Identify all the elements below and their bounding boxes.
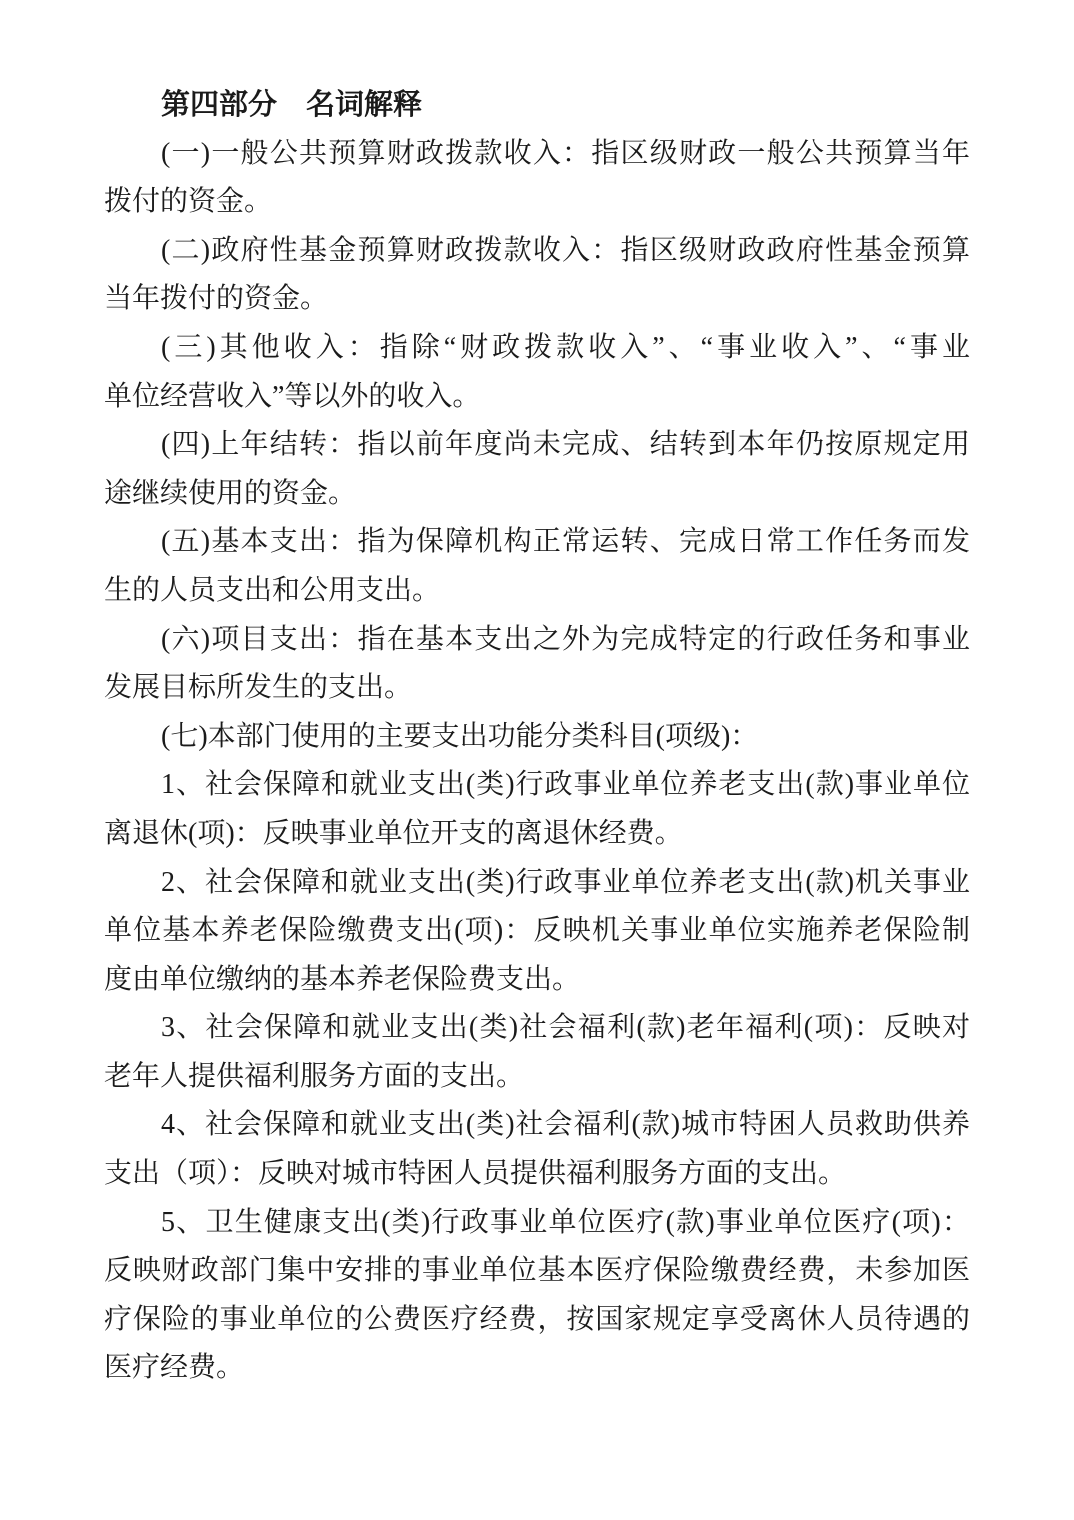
text-line: 支出（项）：反映对城市特困人员提供福利服务方面的支出。 bbox=[104, 1150, 970, 1199]
text-line: (七)本部门使用的主要支出功能分类科目(项级)： bbox=[104, 713, 970, 762]
text-line: (三)其他收入：指除“财政拨款收入”、“事业收入”、“事业 bbox=[104, 324, 970, 373]
text-line: 3、社会保障和就业支出(类)社会福利(款)老年福利(项)：反映对 bbox=[104, 1004, 970, 1053]
section-title: 第四部分 名词解释 bbox=[104, 81, 970, 130]
text-line: (五)基本支出：指为保障机构正常运转、完成日常工作任务而发 bbox=[104, 518, 970, 567]
text-line: 单位经营收入”等以外的收入。 bbox=[104, 373, 970, 422]
text-line: 生的人员支出和公用支出。 bbox=[104, 567, 970, 616]
text-line: 老年人提供福利服务方面的支出。 bbox=[104, 1053, 970, 1102]
text-line: 医疗经费。 bbox=[104, 1344, 970, 1393]
text-line: 疗保险的事业单位的公费医疗经费，按国家规定享受离休人员待遇的 bbox=[104, 1296, 970, 1345]
text-line: 途继续使用的资金。 bbox=[104, 470, 970, 519]
text-line: 当年拨付的资金。 bbox=[104, 275, 970, 324]
text-line: (二)政府性基金预算财政拨款收入：指区级财政政府性基金预算 bbox=[104, 227, 970, 276]
text-line: 拨付的资金。 bbox=[104, 178, 970, 227]
text-line: 离退休(项)：反映事业单位开支的离退休经费。 bbox=[104, 810, 970, 859]
text-line: 5、卫生健康支出(类)行政事业单位医疗(款)事业单位医疗(项)： bbox=[104, 1199, 970, 1248]
text-line: 4、社会保障和就业支出(类)社会福利(款)城市特困人员救助供养 bbox=[104, 1101, 970, 1150]
body-lines: (一)一般公共预算财政拨款收入：指区级财政一般公共预算当年拨付的资金。(二)政府… bbox=[104, 130, 970, 1393]
text-line: 度由单位缴纳的基本养老保险费支出。 bbox=[104, 956, 970, 1005]
text-line: (一)一般公共预算财政拨款收入：指区级财政一般公共预算当年 bbox=[104, 130, 970, 179]
document-content: 第四部分 名词解释 (一)一般公共预算财政拨款收入：指区级财政一般公共预算当年拨… bbox=[104, 81, 970, 1393]
text-line: 1、社会保障和就业支出(类)行政事业单位养老支出(款)事业单位 bbox=[104, 761, 970, 810]
text-line: (四)上年结转：指以前年度尚未完成、结转到本年仍按原规定用 bbox=[104, 421, 970, 470]
document-page: 第四部分 名词解释 (一)一般公共预算财政拨款收入：指区级财政一般公共预算当年拨… bbox=[0, 0, 1074, 1520]
text-line: 反映财政部门集中安排的事业单位基本医疗保险缴费经费，未参加医 bbox=[104, 1247, 970, 1296]
text-line: 单位基本养老保险缴费支出(项)：反映机关事业单位实施养老保险制 bbox=[104, 907, 970, 956]
text-line: 发展目标所发生的支出。 bbox=[104, 664, 970, 713]
text-line: 2、社会保障和就业支出(类)行政事业单位养老支出(款)机关事业 bbox=[104, 859, 970, 908]
text-line: (六)项目支出：指在基本支出之外为完成特定的行政任务和事业 bbox=[104, 616, 970, 665]
